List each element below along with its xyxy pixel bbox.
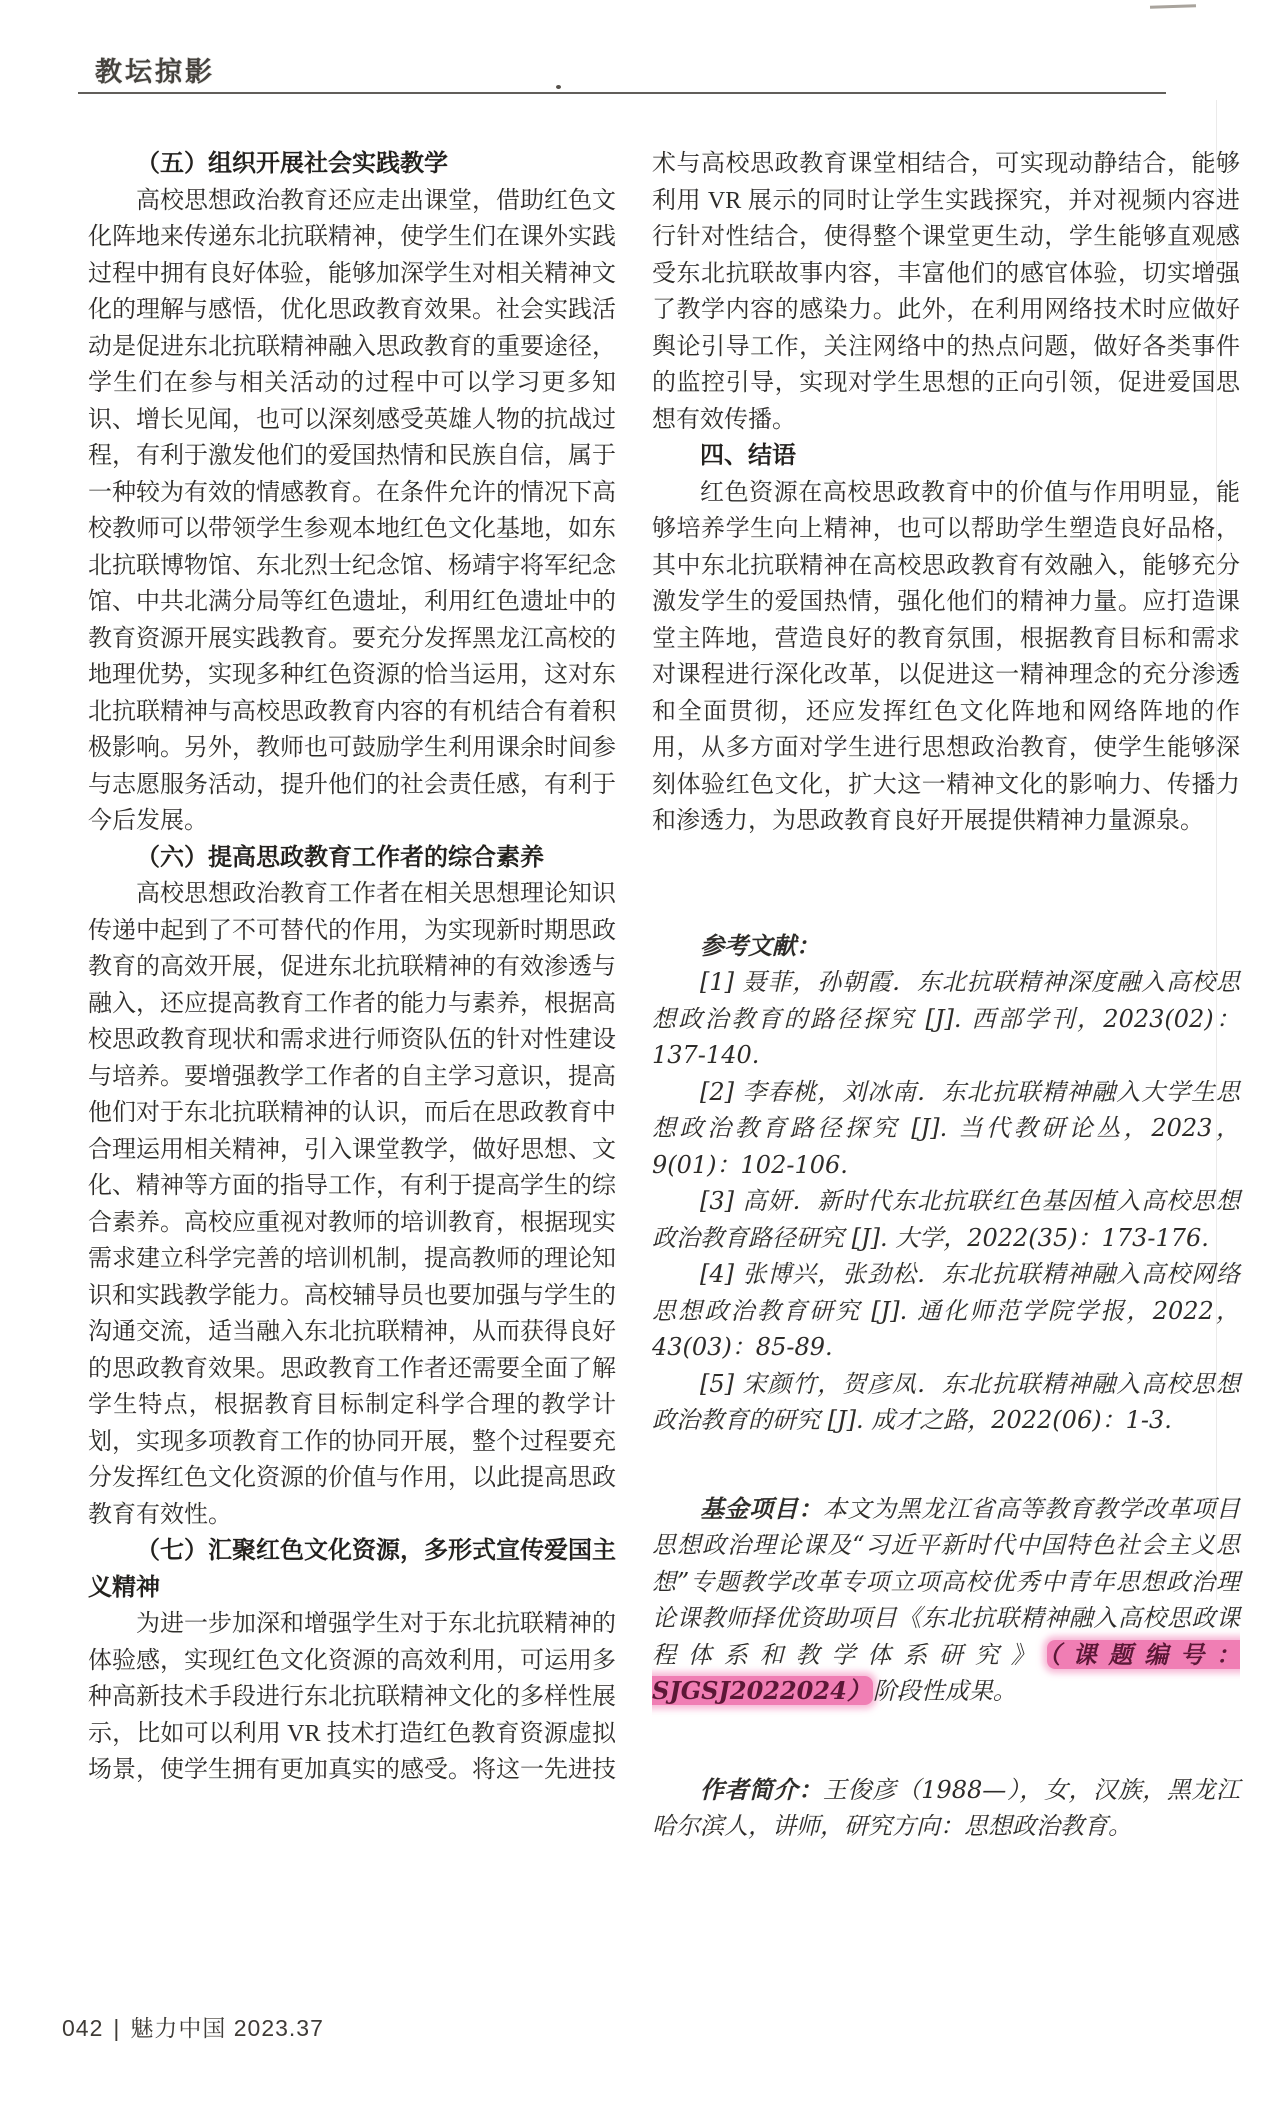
continuation-paragraph: 术与高校思政教育课堂相结合，可实现动静结合，能够利用 VR 展示的同时让学生实践… <box>652 146 1240 438</box>
reference-item-2: [2] 李春桃，刘冰南．东北抗联精神融入大学生思想政治教育路径探究 [J]. 当… <box>652 1074 1240 1184</box>
section-6-heading: （六）提高思政教育工作者的综合素养 <box>88 840 616 877</box>
footer-separator: | <box>113 2015 120 2041</box>
author-bio-label: 作者简介： <box>700 1775 823 1804</box>
scan-artifact-dot <box>556 85 561 89</box>
section-5-heading: （五）组织开展社会实践教学 <box>88 146 616 183</box>
page-footer: 042|魅力中国 2023.37 <box>62 2010 324 2043</box>
references-label: 参考文献： <box>652 928 1240 965</box>
reference-item-1: [1] 聂菲，孙朝霞．东北抗联精神深度融入高校思想政治教育的路径探究 [J]. … <box>652 964 1240 1074</box>
section-7-paragraph: 为进一步加深和增强学生对于东北抗联精神的体验感，实现红色文化资源的高效利用，可运… <box>88 1606 616 1789</box>
footer-journal-name: 魅力中国 <box>130 2015 226 2041</box>
author-bio: 作者简介：王俊彦（1988—），女，汉族，黑龙江哈尔滨人，讲师，研究方向：思想政… <box>652 1772 1240 1845</box>
header-rule <box>78 92 1166 94</box>
conclusion-heading: 四、结语 <box>652 438 1240 475</box>
section-5-paragraph: 高校思想政治教育还应走出课堂，借助红色文化阵地来传递东北抗联精神，使学生们在课外… <box>88 183 616 840</box>
funding-text-after: 阶段性成果。 <box>873 1677 1017 1705</box>
reference-item-4: [4] 张博兴，张劲松．东北抗联精神融入高校网络思想政治教育研究 [J]. 通化… <box>652 1256 1240 1366</box>
scan-artifact-corner-mark <box>1150 4 1196 9</box>
section-7: （七）汇聚红色文化资源，多形式宣传爱国主义精神 为进一步加深和增强学生对于东北抗… <box>88 1533 616 1789</box>
section-6: （六）提高思政教育工作者的综合素养 高校思想政治教育工作者在相关思想理论知识传递… <box>88 840 616 1534</box>
reference-item-5: [5] 宋颜竹，贺彦凤．东北抗联精神融入高校思想政治教育的研究 [J]. 成才之… <box>652 1366 1240 1439</box>
left-column: （五）组织开展社会实践教学 高校思想政治教育还应走出课堂，借助红色文化阵地来传递… <box>88 146 616 1789</box>
funding-label: 基金项目： <box>700 1494 823 1523</box>
header-section-label: 教坛掠影 <box>95 50 215 89</box>
reference-item-3: [3] 高妍．新时代东北抗联红色基因植入高校思想政治教育路径研究 [J]. 大学… <box>652 1183 1240 1256</box>
right-column: 术与高校思政教育课堂相结合，可实现动静结合，能够利用 VR 展示的同时让学生实践… <box>652 146 1240 1845</box>
section-5: （五）组织开展社会实践教学 高校思想政治教育还应走出课堂，借助红色文化阵地来传递… <box>88 146 616 840</box>
section-6-paragraph: 高校思想政治教育工作者在相关思想理论知识传递中起到了不可替代的作用，为实现新时期… <box>88 876 616 1533</box>
conclusion-paragraph: 红色资源在高校思政教育中的价值与作用明显，能够培养学生向上精神，也可以帮助学生塑… <box>652 475 1240 840</box>
footer-issue: 2023.37 <box>234 2015 324 2041</box>
footer-page-number: 042 <box>62 2015 103 2041</box>
funding-note: 基金项目：本文为黑龙江省高等教育教学改革项目思想政治理论课及“习近平新时代中国特… <box>652 1491 1240 1710</box>
journal-page: 教坛掠影 （五）组织开展社会实践教学 高校思想政治教育还应走出课堂，借助红色文化… <box>0 0 1279 2113</box>
section-7-heading: （七）汇聚红色文化资源，多形式宣传爱国主义精神 <box>88 1533 616 1606</box>
